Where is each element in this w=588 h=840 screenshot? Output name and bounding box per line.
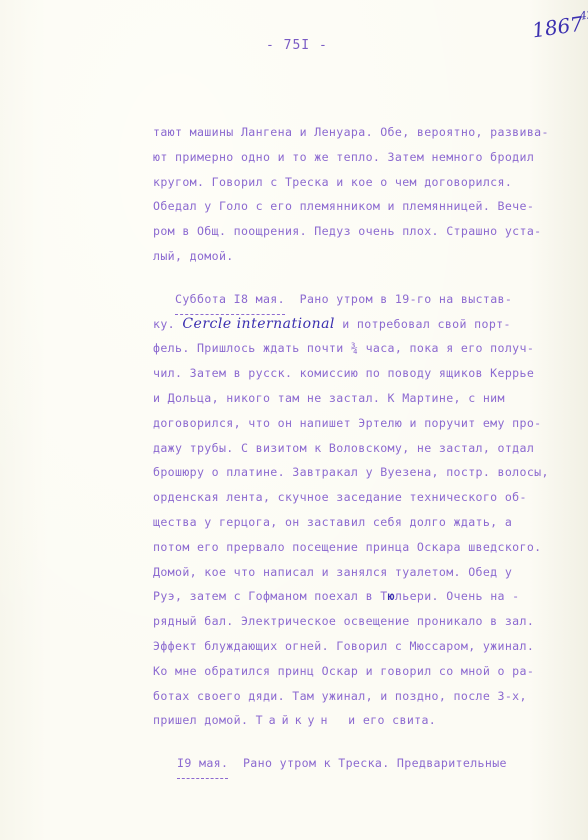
paragraph-gap — [171, 733, 551, 751]
text-fragment: Рано утром к Треска. Предварительные — [228, 756, 507, 770]
text-line: рядный бал. Электрическое освещение прон… — [153, 609, 551, 634]
paragraph-1: тают машины Лангена и Ленуара. Обе, веро… — [171, 120, 551, 269]
text-line: ром в Общ. поощрения. Педуз очень плох. … — [153, 219, 551, 244]
text-line: Домой, кое что написал и занялся туалето… — [153, 560, 551, 585]
text-fragment: ку. — [153, 317, 182, 331]
text-line: Обедал у Голо с его племянником и племян… — [153, 194, 551, 219]
paragraph-2: Суббота I8 мая. Рано утром в 19-го на вы… — [171, 287, 551, 733]
text-line: щества у герцога, он заставил себя долго… — [153, 510, 551, 535]
text-line: Суббота I8 мая. Рано утром в 19-го на вы… — [175, 287, 551, 312]
page-number: - 75I - — [266, 38, 328, 53]
text-line: I9 мая. Рано утром к Треска. Предварител… — [177, 751, 551, 776]
date-heading-saturday: Суббота I8 мая. — [175, 287, 285, 312]
text-line: ботах своего дяди. Там ужинал, и поздно,… — [153, 684, 551, 709]
handwritten-correction: ю — [388, 589, 395, 603]
text-line: кругом. Говорил с Треска и кое о чем дог… — [153, 170, 551, 195]
text-line: дажу трубы. С визитом к Воловскому, не з… — [153, 436, 551, 461]
text-line: потом его прервало посещение принца Оска… — [153, 535, 551, 560]
text-line: брошюру о платине. Завтракал у Вуезена, … — [153, 460, 551, 485]
typed-text-body: тают машины Лангена и Ленуара. Обе, веро… — [171, 120, 551, 776]
text-fragment: и его свита. — [334, 713, 437, 727]
text-line: чил. Затем в русск. комиссию по поводу я… — [153, 361, 551, 386]
text-fragment: пришел домой. — [153, 713, 256, 727]
text-line: тают машины Лангена и Ленуара. Обе, веро… — [153, 120, 551, 145]
text-line: Эффект блуждающих огней. Говорил с Мюсса… — [153, 634, 551, 659]
text-line: ют примерно одно и то же тепло. Затем не… — [153, 145, 551, 170]
text-line: пришел домой. Тайкун и его свита. — [153, 708, 551, 733]
text-fragment: Рано утром в 19-го на выстав- — [285, 292, 512, 306]
handwritten-insert: Cercle international — [182, 316, 335, 332]
text-line: Руэ, затем с Гофманом поехал в Тюльери. … — [153, 584, 551, 609]
archive-number-main: 1867 — [531, 12, 585, 43]
text-line: договорился, что он напишет Эртелю и пор… — [153, 411, 551, 436]
text-fragment: льери. Очень на - — [395, 589, 520, 603]
text-fragment: Руэ, затем с Гофманом поехал в Т — [153, 589, 388, 603]
paragraph-3: I9 мая. Рано утром к Треска. Предварител… — [171, 751, 551, 776]
date-heading-19-may: I9 мая. — [177, 751, 228, 776]
text-fragment: и потребовал свой порт- — [335, 317, 511, 331]
archive-number-sup: 42 — [579, 8, 588, 23]
paragraph-gap — [171, 269, 551, 287]
text-line: и Дольца, никого там не застал. К Мартин… — [153, 386, 551, 411]
text-line: фель. Пришлось ждать почти ¾ часа, пока … — [153, 336, 551, 361]
text-line: лый, домой. — [153, 244, 551, 269]
text-line: ку. Cercle international и потребовал св… — [153, 312, 551, 337]
spaced-emphasis: Тайкун — [256, 713, 334, 727]
document-page: - 75I - 186742 тают машины Лангена и Лен… — [0, 0, 588, 840]
text-line: орденская лента, скучное заседание техни… — [153, 485, 551, 510]
text-line: Ко мне обратился принц Оскар и говорил с… — [153, 659, 551, 684]
archive-number: 186742 — [531, 10, 588, 43]
